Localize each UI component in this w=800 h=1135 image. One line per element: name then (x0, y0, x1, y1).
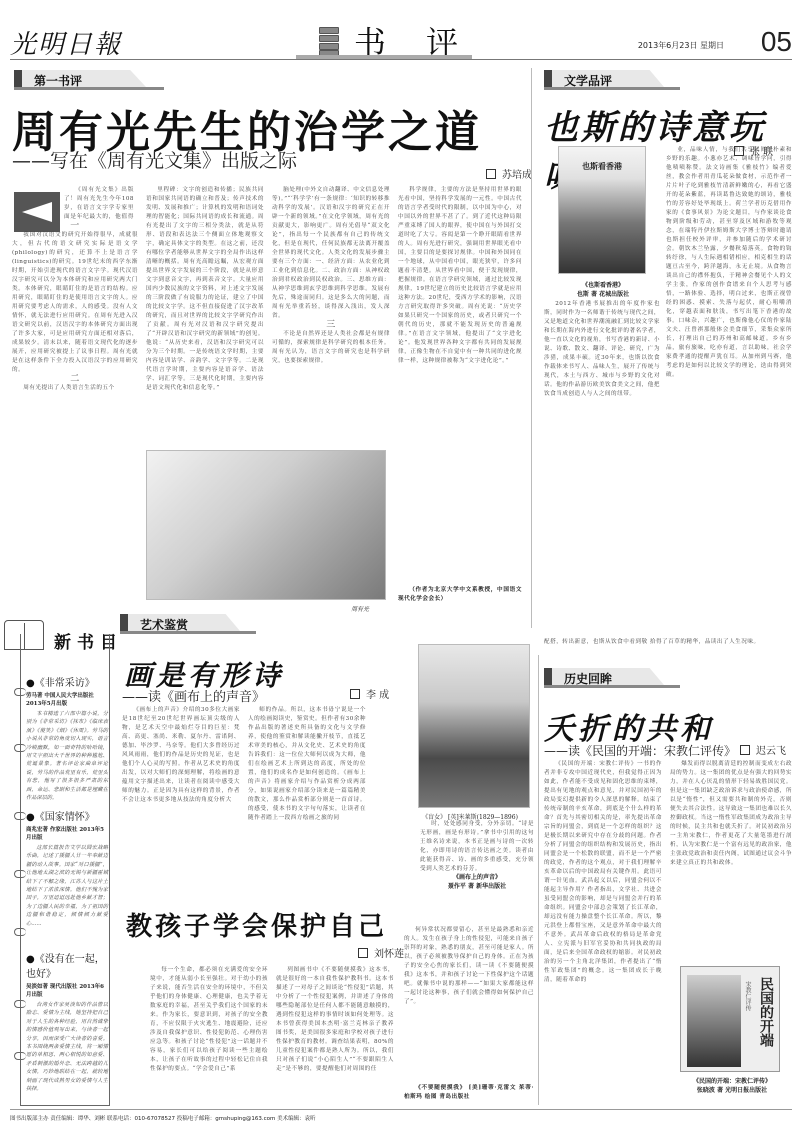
column-divider (538, 655, 539, 1105)
newspaper-logo: 光明日報 (10, 24, 122, 61)
article1-column-2: 里程碑：文字的创造和传播；民族共同语和国家共同语的确立和普及；传声技术的发明、发… (146, 186, 264, 446)
article4-column-2: 列图画书中《不要随便摸我》这本书，就是很好的一本自我性保护教科书。这本书描述了一… (276, 966, 394, 1102)
article1-author-note: （作者为北京大学中文系教授，中国语文现代化学会会长） (398, 586, 522, 606)
article1-subtitle: ——写在《周有光文集》出版之际 (12, 146, 297, 173)
article5-book-caption: 《民国的开端：宋教仁评传》 张晓波 著 光明日报出版社 (676, 1076, 788, 1094)
newbook-item: ●《国家情怀》 商兆宏著 作家出版社 2013年5月出版 这部长篇报告文学以圆宏… (26, 808, 108, 928)
painting-caption: 《盲女》 [英]米莱斯(1829—1896) (396, 812, 544, 821)
article5-byline: 迟云飞 (740, 742, 786, 757)
article4-column-3: 何异常状况都要留心，甚至是最熟悉和亲近的人。发生在孩子身上的性侵犯，可能来自孩子… (404, 926, 534, 1082)
article2-book-caption: 《也斯看香港》 也斯 著 花城出版社 (548, 280, 658, 298)
binder-ring-icon (14, 1052, 26, 1060)
article5-column-2: 爆发而得以脱离清廷的控制而变成左右政局的势力。这一集团的优点是有强大的回势实力，… (670, 760, 792, 960)
binder-ring-icon (14, 812, 26, 820)
article2-column-2: 业，品味人情，与我们共享民间的朴素和乡野的乐趣。小葱亦艺术，调味皆学问，引得他啧… (666, 146, 792, 628)
tag-art-appreciation: 艺术鉴赏 (120, 614, 188, 634)
article1-column-3: 脑处理(中外文自动翻译、中文信息处理等)。”“‘科学学’有一条规律：‘知识的转移… (272, 186, 390, 448)
bottom-rule (10, 1109, 792, 1110)
article1-column-1: 一 我国对汉语文的研究开始得很早，成就很大，但古代的语文研究实际是语文学(phi… (12, 222, 138, 642)
tag-literary-review: 文学品评 (544, 70, 612, 90)
article5-column-1: 《民国的开端：宋教仁评传》一书的作者并非专攻中国近现代史，但我觉得正因为如此，作… (544, 760, 662, 1100)
stacked-books-icon (318, 25, 340, 57)
newbook-item: ●《非常采访》 劳马著 中国人民大学出版社 2013年5月出版 本书精选了六部中… (26, 674, 108, 802)
page-footer: 图书出版部主办 责任编辑：谭华、刘彬 联系电话：010-67078527 投稿电… (10, 1114, 316, 1122)
article2-column-1: 2012年香港书展推出的年度作家也斯，同时作为一名师谐于传统与现代之间，又是地道… (544, 300, 660, 630)
top-rule (10, 59, 792, 60)
article1-intro: 《周有光文集》出版了！周有光先生今年108岁，在语言文字学专家里面是年纪最大的，… (64, 186, 134, 222)
article2-last-line: 配搭，转出新意，也斯从饮食中看到敬 拾得了百草的精华，品读出了人生况味。 (544, 638, 794, 648)
article3-column-1: 《画布上的声音》介绍的30多位大画家是18世纪至20世纪世界画坛顶尖级的人物，是… (122, 706, 240, 884)
page-number: 05 (761, 26, 792, 58)
article1-column-4: 科学规律，主要的方法是坚持用世界的眼光看中国，坚持科学发展的一元性。中国古代的语… (398, 186, 522, 576)
article4-byline: 刘怀莲 (358, 945, 404, 960)
article3-column-2: 师的作品。所以，这本书毋宁说是一个人的绘画阅读史，鉴赏史。但作者有30余种作品出… (248, 706, 366, 884)
article1-byline: 苏培成 (486, 166, 532, 181)
book-cover-minguo-kaiduan: 民国的开端 宋教仁评传 (680, 966, 780, 1072)
article5-subtitle: ——读《民国的开端：宋教仁评传》 (544, 742, 736, 759)
binder-ring-icon (14, 744, 26, 752)
tag-history-review: 历史回眸 (544, 668, 612, 688)
article3-byline: 李 成 (350, 686, 389, 701)
article3-book-caption: 《画布上的声音》 聂作平 著 新华出版社 (420, 872, 534, 890)
issue-date: 2013年6月23日 星期日 (638, 40, 724, 51)
binder-ring-icon (14, 1000, 26, 1008)
binder-ring-icon (14, 688, 26, 696)
article4-column-1: 每一个生命，都必须在充满爱的安全环境中，才能从弱小长至强壮。对于幼小的孩子来说，… (150, 966, 268, 1102)
binder-ring-icon (14, 870, 26, 878)
article3-subtitle: ——读《画布上的声音》 (122, 686, 265, 705)
article4-book-caption: 《不要随便摸我》 [美]珊蒂·克雷文 茱蒂·柏斯玛 绘图 青岛出版社 (404, 1084, 534, 1104)
tag-first-review: 第一书评 (14, 70, 82, 90)
binder-ring-icon (14, 928, 26, 936)
column-divider (531, 68, 532, 628)
portrait-photo-zhou-youguang (146, 450, 386, 600)
portrait-caption: 周有光 (340, 604, 380, 613)
painting-blind-girl (418, 644, 530, 808)
masthead: 光明日報 书评 2013年6月23日 星期日 05 (0, 0, 800, 62)
book-cover-yesi-hongkong: 也斯看香港 (558, 146, 646, 274)
article3-column-3: 时，处处感同身受，分外亲切。“诗是无形画，画是有形诗。”拿书中引用的这句王维名诗… (420, 820, 534, 872)
article4-title: 教孩子学会保护自己 (126, 906, 387, 943)
newbook-item: ●《没有在一起，也好》 吴淡如著 现代出版社 2013年6月出版 台湾女作家吴淡… (26, 950, 108, 1093)
